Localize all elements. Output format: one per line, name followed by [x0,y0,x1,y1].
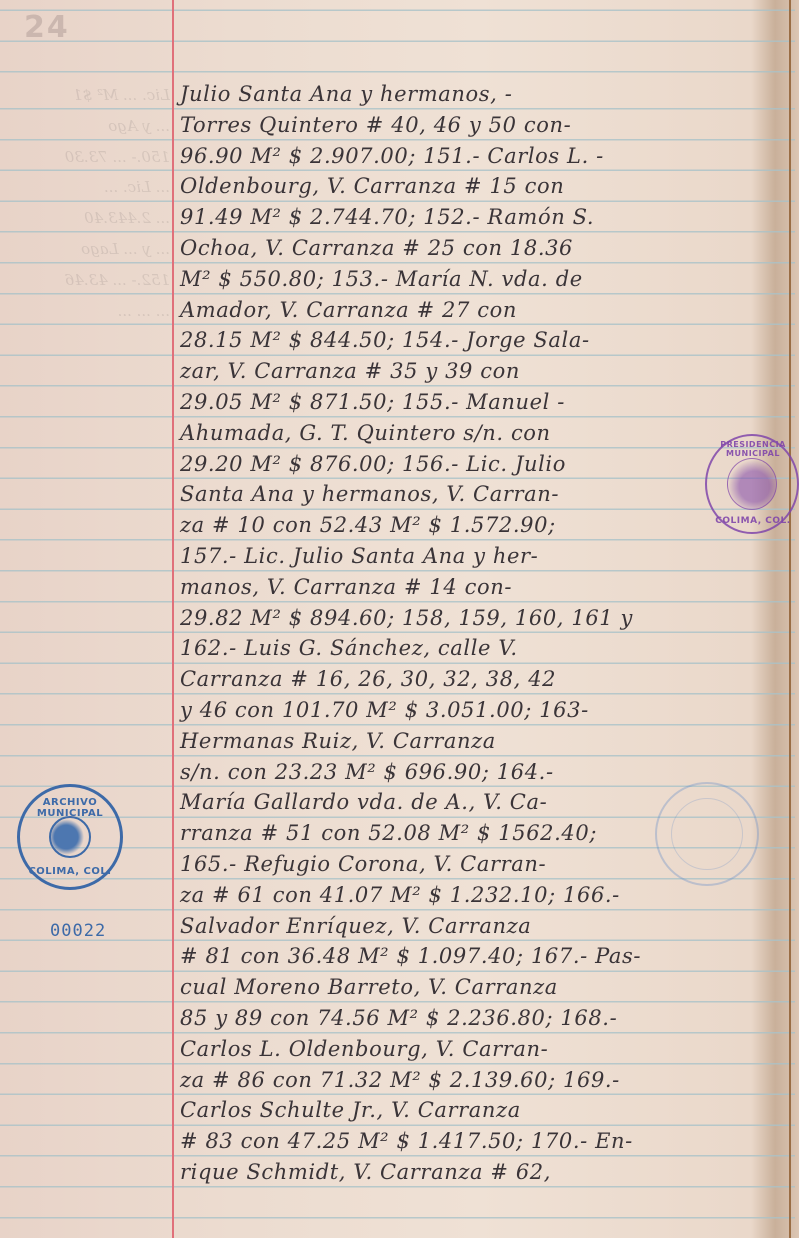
faint-blue-stamp [655,782,759,886]
ghost-line: ... ... ... [20,296,170,327]
ledger-page: 24 Lic. ... M² $1 ... y Ago 150.- ... 73… [0,0,799,1238]
text-line: 29.82 M² $ 894.60; 158, 159, 160, 161 y [180,603,780,634]
text-line: Salvador Enríquez, V. Carranza [180,911,780,942]
text-line: rique Schmidt, V. Carranza # 62, [180,1157,780,1188]
text-line: 157.- Lic. Julio Santa Ana y her- [180,541,780,572]
text-line: 28.15 M² $ 844.50; 154.- Jorge Sala- [180,325,780,356]
text-line: za # 61 con 41.07 M² $ 1.232.10; 166.- [180,880,780,911]
ghost-line: ... y ... Lago [20,234,170,265]
text-line: M² $ 550.80; 153.- María N. vda. de [180,264,780,295]
text-line: # 83 con 47.25 M² $ 1.417.50; 170.- En- [180,1126,780,1157]
text-line: Carlos Schulte Jr., V. Carranza [180,1095,780,1126]
presidencia-stamp-top-text: PRESIDENCIA MUNICIPAL [713,440,793,458]
archive-folio-number: 00022 [50,921,106,941]
ghost-line: ... y Ago [20,111,170,142]
ghost-line: 150.- ... 73.30 [20,142,170,173]
red-margin-line [172,0,174,1238]
page-spine-edge [789,0,791,1238]
text-line: Carranza # 16, 26, 30, 32, 38, 42 [180,664,780,695]
coat-of-arms-icon [727,458,777,510]
text-line: Ahumada, G. T. Quintero s/n. con [180,418,780,449]
ghost-line: Lic. ... M² $1 [20,80,170,111]
text-line: 29.05 M² $ 871.50; 155.- Manuel - [180,387,780,418]
text-line: za # 86 con 71.32 M² $ 2.139.60; 169.- [180,1065,780,1096]
text-line: cual Moreno Barreto, V. Carranza [180,972,780,1003]
text-line: s/n. con 23.23 M² $ 696.90; 164.- [180,757,780,788]
page-number: 24 [24,10,70,45]
text-line: Julio Santa Ana y hermanos, - [180,79,780,110]
text-line: Carlos L. Oldenbourg, V. Carran- [180,1034,780,1065]
text-line: Santa Ana y hermanos, V. Carran- [180,479,780,510]
faint-stamp-inner-ring [671,798,743,870]
ghost-line: 152.- ... 43.46 [20,265,170,296]
text-line: y 46 con 101.70 M² $ 3.051.00; 163- [180,695,780,726]
coat-of-arms-icon [49,816,91,858]
text-line: Hermanas Ruiz, V. Carranza [180,726,780,757]
archivo-municipal-stamp: ARCHIVO MUNICIPAL COLIMA, COL. [17,784,123,890]
text-line: Torres Quintero # 40, 46 y 50 con- [180,110,780,141]
presidencia-stamp-bottom-text: COLIMA, COL. [713,516,793,526]
text-line: Oldenbourg, V. Carranza # 15 con [180,171,780,202]
bleed-through-text: Lic. ... M² $1 ... y Ago 150.- ... 73.30… [20,80,170,1230]
ghost-line: ... 2.443.40 [20,203,170,234]
ghost-line: ... Lic. ... [20,172,170,203]
presidencia-municipal-stamp: PRESIDENCIA MUNICIPAL COLIMA, COL. [705,434,799,534]
text-line: 29.20 M² $ 876.00; 156.- Lic. Julio [180,449,780,480]
archivo-stamp-bottom-text: COLIMA, COL. [28,866,112,877]
text-line: Ochoa, V. Carranza # 25 con 18.36 [180,233,780,264]
text-line: 162.- Luis G. Sánchez, calle V. [180,633,780,664]
text-line: 85 y 89 con 74.56 M² $ 2.236.80; 168.- [180,1003,780,1034]
text-line: 96.90 M² $ 2.907.00; 151.- Carlos L. - [180,141,780,172]
text-line: # 81 con 36.48 M² $ 1.097.40; 167.- Pas- [180,941,780,972]
handwritten-entries: Julio Santa Ana y hermanos, - Torres Qui… [180,79,780,1188]
text-line: zar, V. Carranza # 35 y 39 con [180,356,780,387]
text-line: 91.49 M² $ 2.744.70; 152.- Ramón S. [180,202,780,233]
text-line: manos, V. Carranza # 14 con- [180,572,780,603]
text-line: Amador, V. Carranza # 27 con [180,295,780,326]
archivo-stamp-top-text: ARCHIVO MUNICIPAL [28,797,112,819]
text-line: za # 10 con 52.43 M² $ 1.572.90; [180,510,780,541]
